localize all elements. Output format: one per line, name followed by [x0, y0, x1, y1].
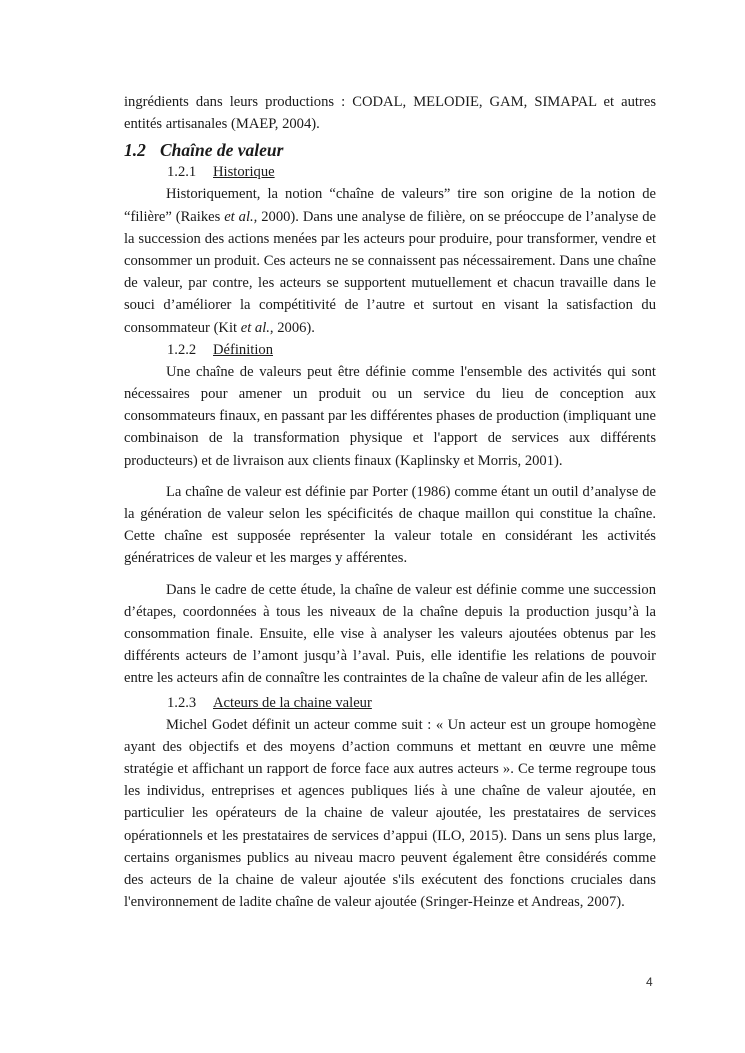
page-number: 4: [646, 975, 653, 989]
paragraph-acteurs: Michel Godet définit un acteur comme sui…: [124, 714, 656, 914]
section-number: 1.2: [124, 139, 160, 161]
text-run: 2000). Dans une analyse de filière, on s…: [124, 209, 656, 336]
subsection-title: Acteurs de la chaine valeur: [213, 695, 372, 711]
section-heading: 1.2Chaîne de valeur: [124, 139, 656, 161]
subsection-heading-historique: 1.2.1Historique: [167, 161, 656, 183]
document-page: ingrédients dans leurs productions : COD…: [0, 0, 745, 1053]
subsection-number: 1.2.1: [167, 161, 213, 183]
paragraph-definition-2: La chaîne de valeur est définie par Port…: [124, 481, 656, 570]
intro-paragraph: ingrédients dans leurs productions : COD…: [124, 91, 656, 135]
italic-text-run: et al.: [241, 320, 270, 336]
section-title: Chaîne de valeur: [160, 140, 283, 160]
paragraph-definition-1: Une chaîne de valeurs peut être définie …: [124, 361, 656, 472]
subsection-number: 1.2.3: [167, 692, 213, 714]
text-run: , 2006).: [270, 320, 315, 336]
subsection-title: Historique: [213, 164, 275, 180]
page-content: ingrédients dans leurs productions : COD…: [124, 91, 656, 914]
subsection-heading-acteurs: 1.2.3Acteurs de la chaine valeur: [167, 692, 656, 714]
subsection-title: Définition: [213, 342, 273, 358]
italic-text-run: et al.,: [224, 209, 257, 225]
paragraph-definition-3: Dans le cadre de cette étude, la chaîne …: [124, 579, 656, 690]
subsection-number: 1.2.2: [167, 339, 213, 361]
subsection-heading-definition: 1.2.2Définition: [167, 339, 656, 361]
paragraph-historique: Historiquement, la notion “chaîne de val…: [124, 183, 656, 338]
